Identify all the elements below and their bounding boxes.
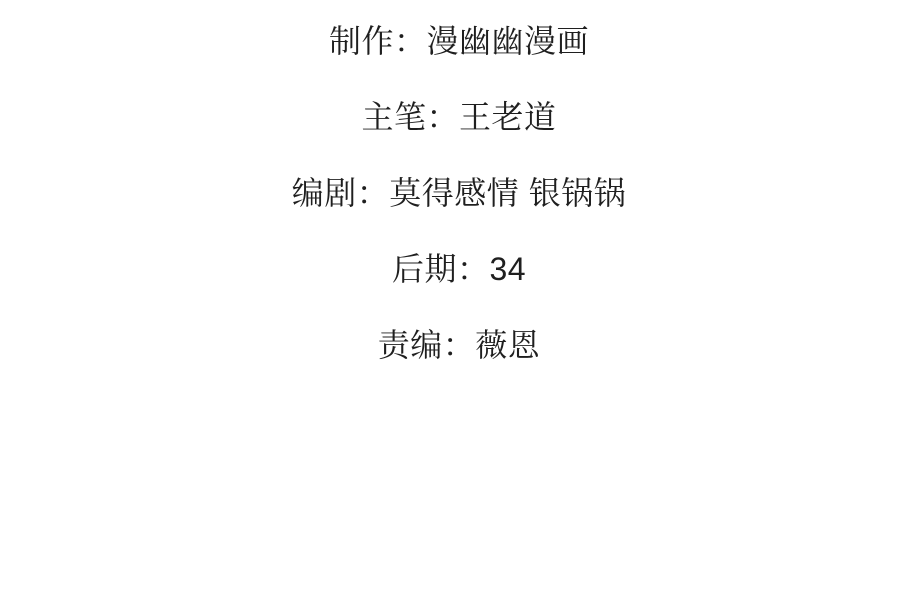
credits-page: 制作：漫幽幽漫画 主笔：王老道 编剧：莫得感情 银锅锅 后期：34 责编：薇恩 xyxy=(0,0,900,602)
credit-line-lead-artist: 主笔：王老道 xyxy=(18,79,900,155)
credit-line-post-production: 后期：34 xyxy=(18,231,900,307)
credit-line-chief-editor: 责编：薇恩 xyxy=(18,307,900,383)
credit-line-production: 制作：漫幽幽漫画 xyxy=(18,3,900,79)
credit-line-screenwriter: 编剧：莫得感情 银锅锅 xyxy=(18,155,900,231)
